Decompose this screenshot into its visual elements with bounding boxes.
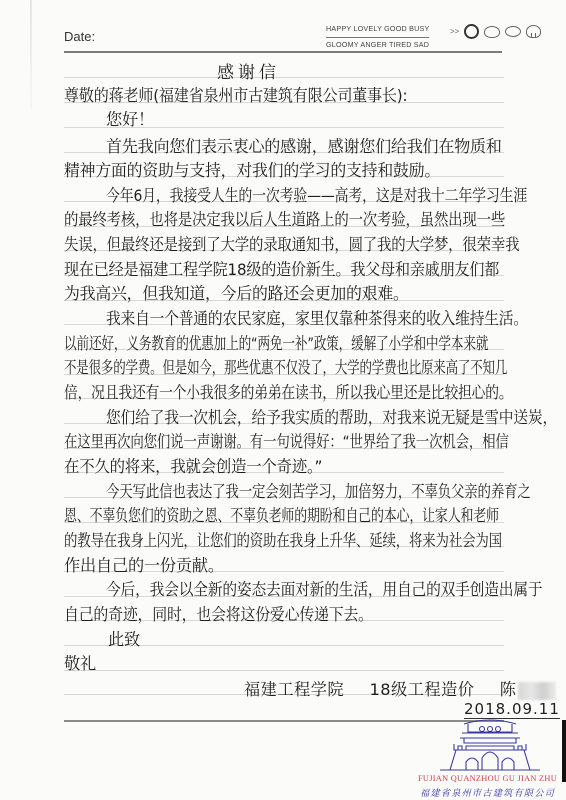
- mood-row-positive: HAPPY LOVELY GOOD BUSY: [326, 22, 429, 38]
- signature-school: 福建工程学院: [244, 680, 344, 699]
- mood-labels: HAPPY LOVELY GOOD BUSY GLOOMY ANGER TIRE…: [326, 22, 429, 52]
- cloud-icon: [484, 26, 500, 38]
- header-divider: [64, 51, 502, 53]
- cloud-icon: [505, 26, 521, 37]
- body-line: 您们给了我一次机会，给予我实质的帮助，对我来说无疑是雪中送炭，: [106, 404, 557, 428]
- body-line: 精神方面的资助与支持，对我们的学习的支持和鼓励。: [64, 157, 440, 181]
- closing-respectfully: 此致: [108, 626, 140, 650]
- body-line: 我来自一个普通的农民家庭，家里仅靠种茶得来的收入维持生活。: [106, 305, 528, 329]
- letter-date: 2018.09.11: [464, 700, 560, 719]
- arrow-icon: >>: [450, 27, 459, 36]
- body-line: 的教导在我身上闪光，让您们的资助在我身上升华、延续，将来为社会为国: [64, 527, 502, 551]
- letter-title: 感谢信: [217, 58, 280, 83]
- logo-english-name: FUJIAN QUANZHOU GU JIAN ZHU: [418, 774, 566, 783]
- body-line: 不是很多的学费。但是如今，那些优惠不仅没了，大学的学费也比原来高了不知几: [64, 354, 507, 378]
- signature-name: 陈: [500, 680, 517, 699]
- body-line: 失误，但最终还是接到了大学的录取通知书，圆了我的大学梦，很荣幸我: [64, 231, 519, 255]
- ruled-line: [64, 670, 504, 671]
- body-line: 今后，我会以全新的姿态去面对新的生活，用自己的双手创造出属于: [106, 576, 542, 600]
- body-line: 现在已经是福建工程学院18级的造价新生。我父母和亲戚朋友们都: [64, 256, 499, 280]
- sun-circle-icon: [464, 24, 479, 39]
- ruled-line: [64, 77, 504, 78]
- body-line: 今天写此信也表达了我一定会刻苦学习，加倍努力，不辜负父亲的养育之: [106, 478, 531, 502]
- date-label: Date:: [64, 29, 95, 44]
- letter-paper: Date: HAPPY LOVELY GOOD BUSY GLOOMY ANGE…: [0, 0, 566, 800]
- body-line: 在这里再次向您们说一声谢谢。有一句说得好：“世界给了我一次机会，相信: [64, 428, 509, 452]
- paper-edge: [30, 0, 32, 110]
- weather-icons: [464, 24, 541, 39]
- company-logo: FUJIAN QUANZHOU GU JIAN ZHU 福建省泉州市古建筑有限公…: [418, 718, 560, 798]
- logo-chinese-name: 福建省泉州市古建筑有限公司: [420, 785, 555, 799]
- body-line: 今年6月，我接受人生的一次考验——高考，这是对我十二年学习生涯: [106, 182, 527, 206]
- signature-class: 18级工程造价: [369, 680, 474, 699]
- body-line: 作出自己的一份贡献。: [64, 552, 224, 576]
- body-line: 首先我向您们表示衷心的感谢，感谢您们给我们在物质和: [106, 133, 502, 157]
- closing-salute: 敬礼: [64, 650, 96, 674]
- greeting: 您好！: [106, 106, 154, 130]
- notebook-header: Date: HAPPY LOVELY GOOD BUSY GLOOMY ANGE…: [64, 0, 502, 54]
- body-line: 倍，况且我还有一个小我很多的弟弟在读书，所以我心里还是比较担心的。: [64, 379, 512, 403]
- body-line: 的最终考核，也将是决定我以后人生道路上的一次考验，虽然出现一些: [64, 206, 505, 230]
- body-line: 自己的奇迹，同时，也会将这份爱心传递下去。: [64, 601, 373, 625]
- blurred-name: [518, 682, 556, 700]
- mood-row-negative: GLOOMY ANGER TIRED SAD: [326, 38, 429, 52]
- city-gate-icon: [436, 718, 544, 776]
- body-line: 以前还好，义务教育的优惠加上的“两免一补”政策，缓解了小学和中学本来就: [64, 330, 488, 354]
- salutation: 尊敬的蒋老师(福建省泉州市古建筑有限公司董事长):: [64, 82, 407, 106]
- body-line: 恩、不辜负您们的资助之恩、不辜负老师的期盼和自己的本心，让家人和老师: [64, 502, 499, 526]
- body-line: 为我高兴，但我知道，今后的路还会更加的艰难。: [64, 280, 409, 304]
- signature: 福建工程学院 18级工程造价 陈: [244, 676, 556, 700]
- rain-cloud-icon: [526, 25, 541, 38]
- body-line: 在不久的将来，我就会创造一个奇迹。”: [64, 453, 322, 477]
- scan-edge-shadow: [562, 720, 566, 782]
